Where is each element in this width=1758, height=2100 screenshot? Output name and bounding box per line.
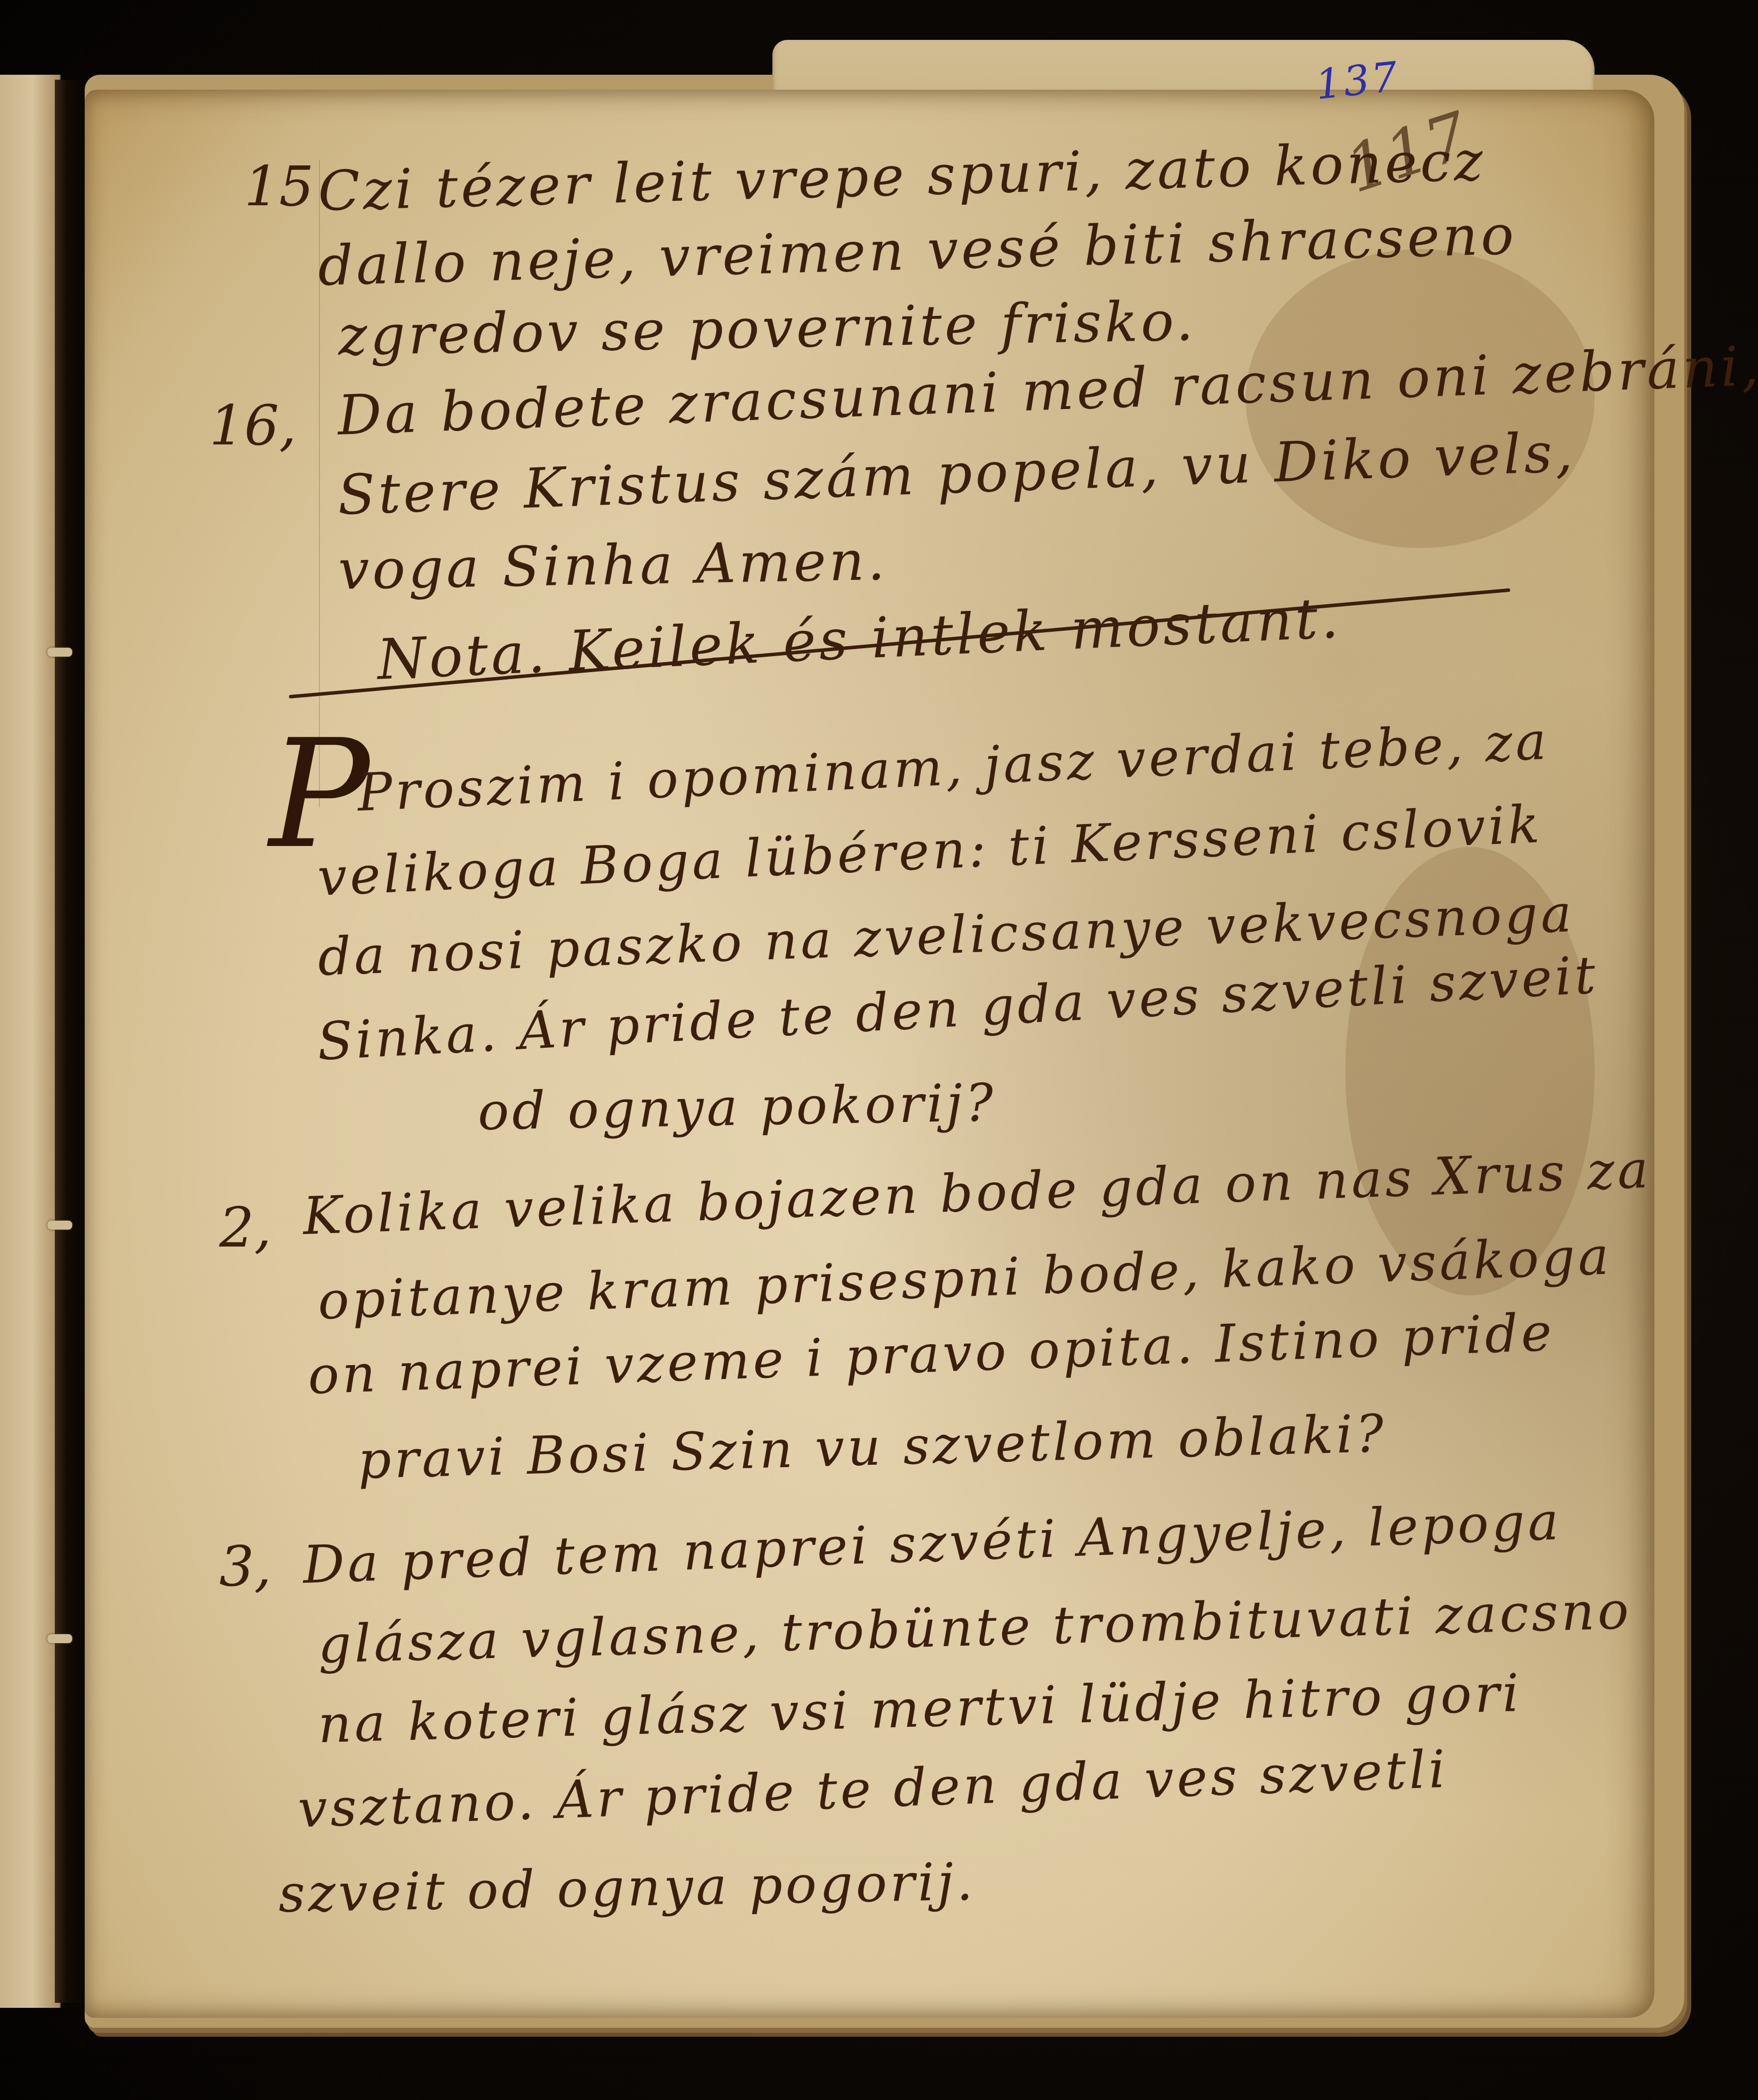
manuscript-line: od ognya pokorij?	[477, 1072, 997, 1142]
book-gutter	[55, 80, 85, 2003]
manuscript-line: szveit od ognya pogorij.	[278, 1851, 976, 1924]
binding-string	[47, 648, 72, 657]
binding-string	[47, 1221, 72, 1230]
verse-number: 16,	[209, 394, 296, 457]
previous-page-edge	[0, 75, 61, 2008]
binding-string	[47, 1634, 72, 1643]
manuscript-line: voga Sinha Amen.	[338, 529, 888, 602]
folio-number-stamp: 137	[1313, 53, 1402, 109]
verse-number: 3,	[219, 1535, 272, 1598]
verse-number: 2,	[219, 1196, 272, 1260]
verse-number: 15	[244, 154, 314, 218]
